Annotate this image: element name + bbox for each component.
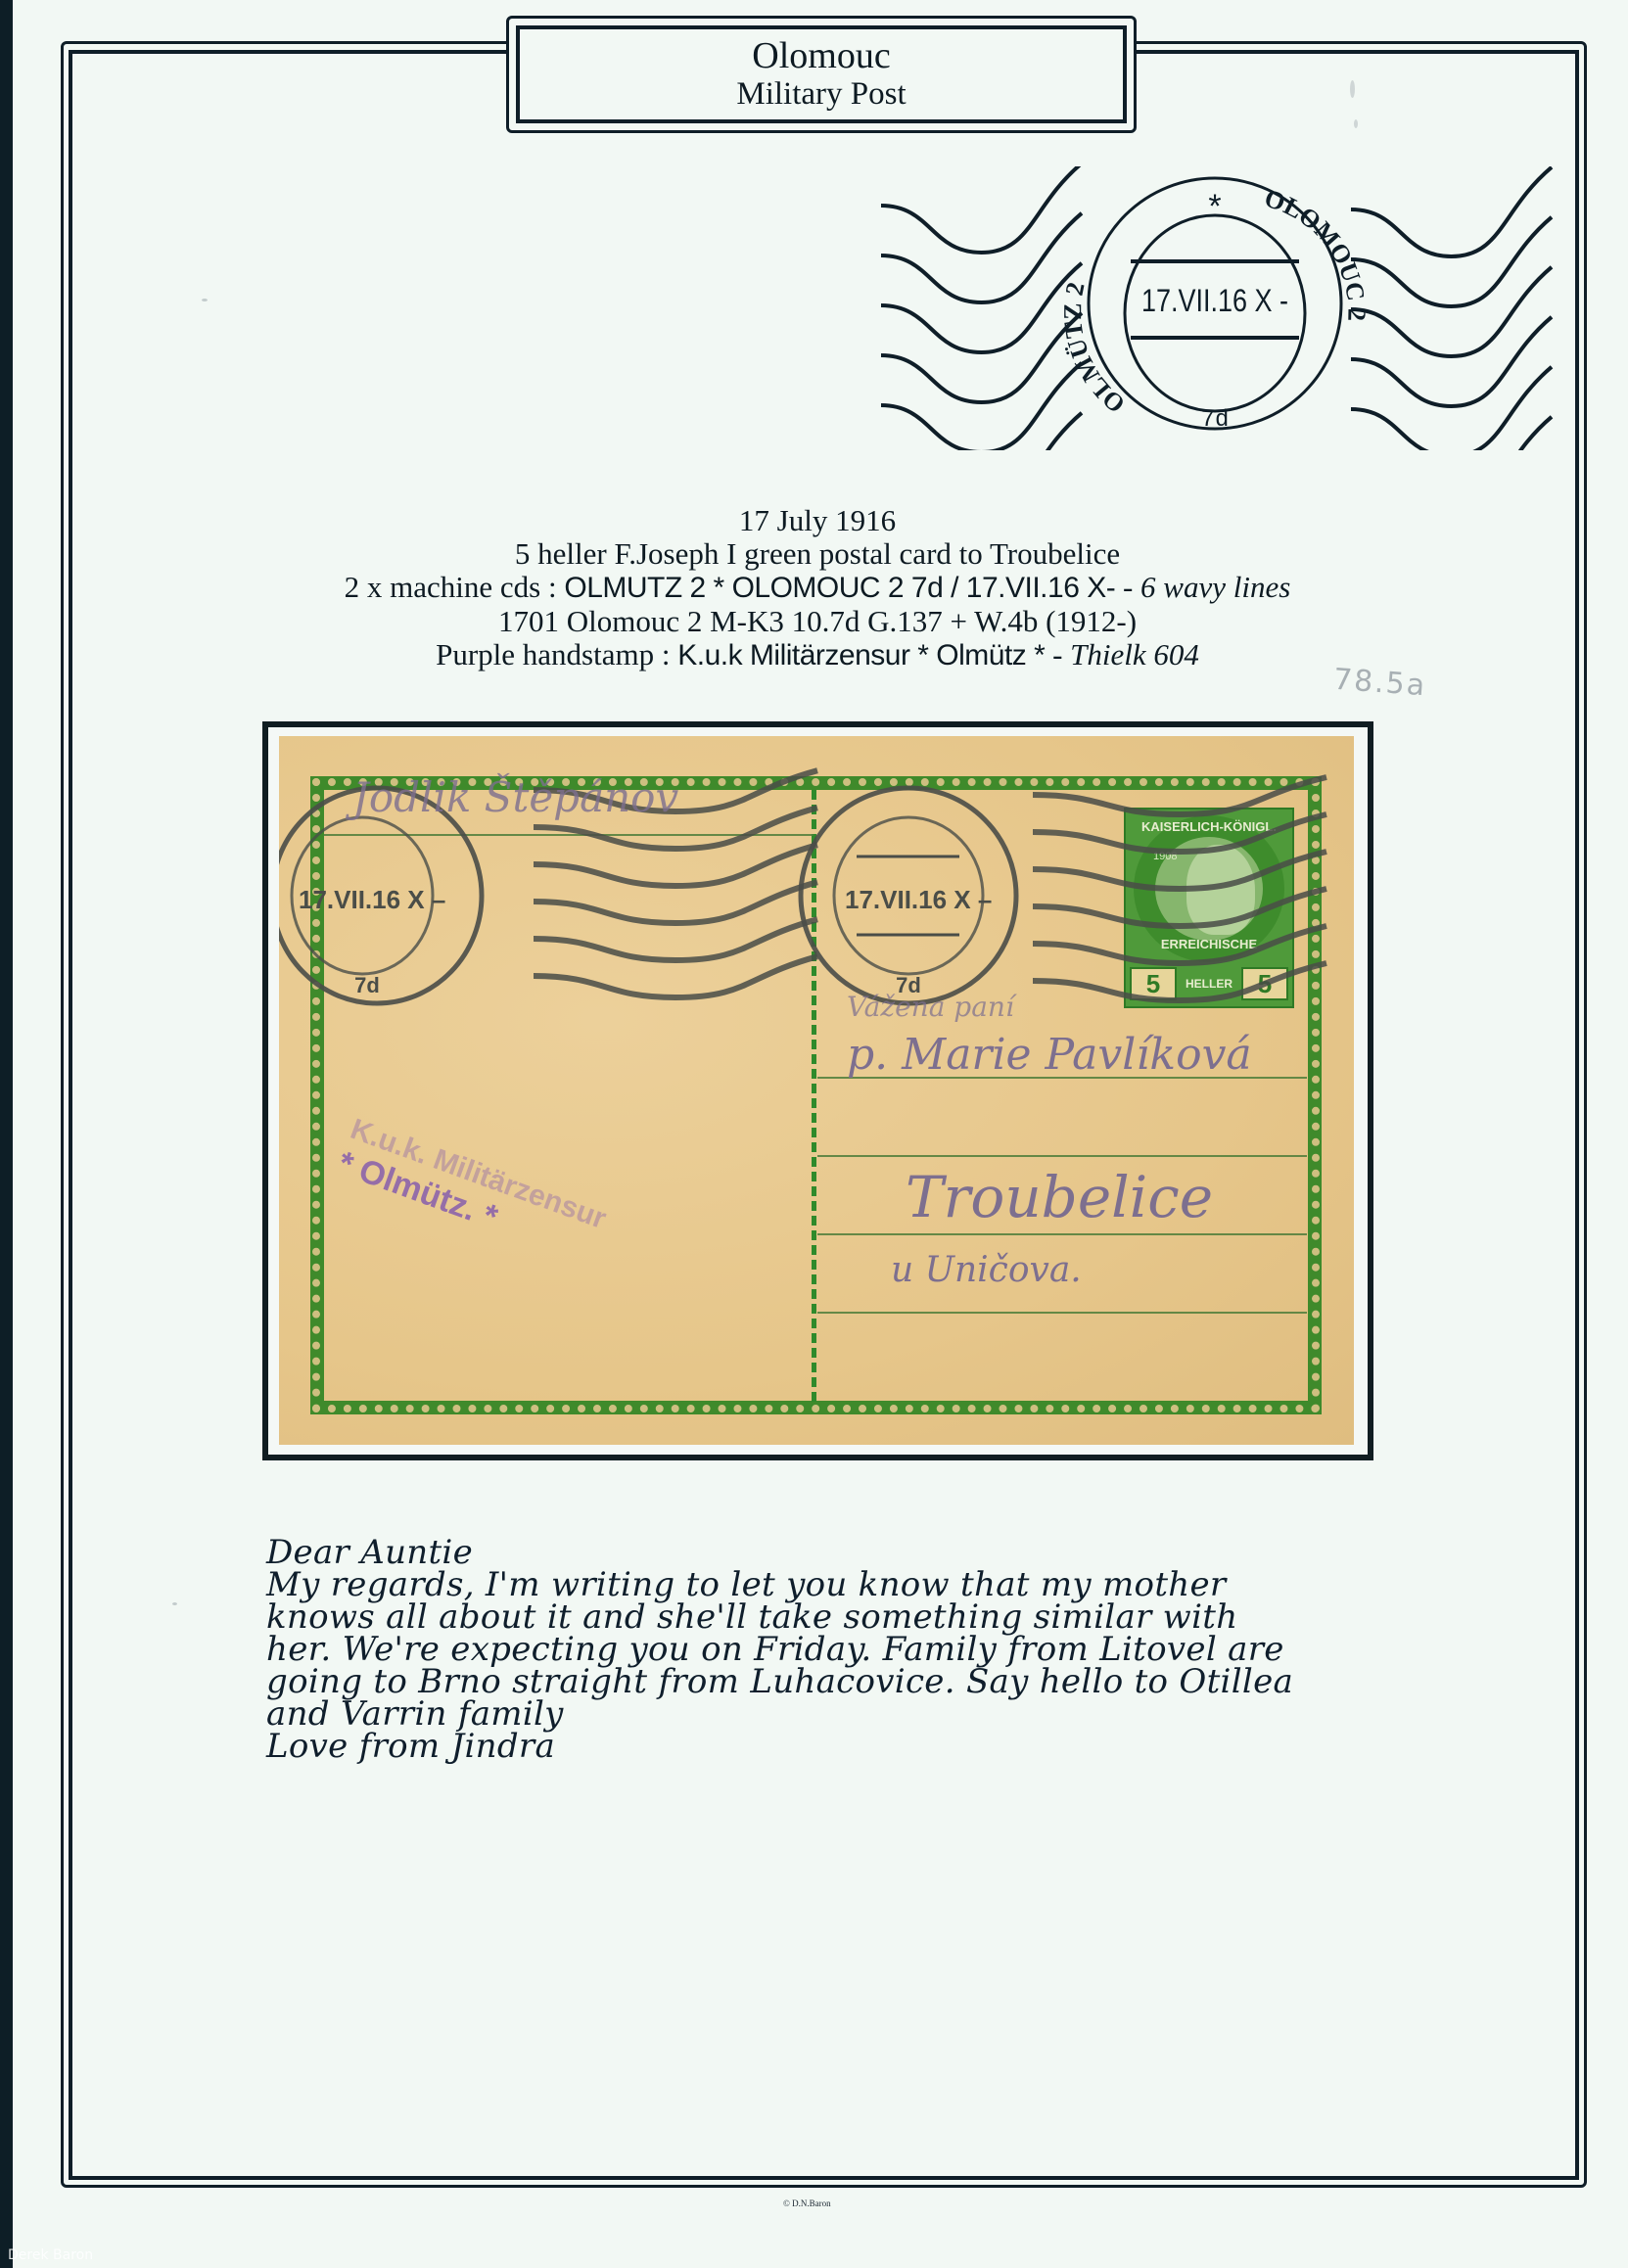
cancel-date-left: 17.VII.16 X – — [299, 885, 445, 914]
caption-cancel-line: 2 x machine cds : OLMUTZ 2 * OLOMOUC 2 7… — [147, 571, 1488, 605]
title-box: Olomouc Military Post — [506, 16, 1137, 133]
postmark-star: * — [1208, 188, 1221, 225]
address-salutation: Vážena paní — [847, 991, 1014, 1023]
cancel-code-left: 7d — [354, 973, 380, 997]
watermark: Derek Baron — [8, 2247, 93, 2263]
scan-speck — [1354, 119, 1358, 128]
sender-handwriting: Jodlik Štěpánov — [352, 773, 678, 821]
letter-translation: Dear Auntie My regards, I'm writing to l… — [266, 1537, 1441, 1763]
wavy-lines-left — [881, 166, 1082, 450]
description-caption: 17 July 1916 5 heller F.Joseph I green p… — [147, 504, 1488, 672]
postmark-office-code: 7d — [1201, 407, 1230, 434]
caption-catalog-ref: 1701 Olomouc 2 M-K3 10.7d G.137 + W.4b (… — [147, 605, 1488, 638]
address-recipient: p. Marie Pavlíková — [847, 1030, 1252, 1080]
postmark-ring-left: OLMÜTZ 2 — [1058, 280, 1131, 419]
scan-speck — [202, 299, 208, 301]
page-title: Olomouc — [752, 36, 890, 75]
postmark-illustration: 17.VII.16 X - * 7d OLMÜTZ 2 OLOMOUC 2 — [861, 166, 1566, 450]
wavy-lines-right — [1351, 167, 1552, 450]
scan-speck — [1350, 80, 1355, 98]
postal-card: KAISERLICH-KÖNIGL. 1908 ERREICHISCHE 5 H… — [279, 736, 1354, 1445]
letter-line: Love from Jindra — [266, 1731, 1441, 1763]
cancel-date-right: 17.VII.16 X – — [845, 885, 992, 914]
title-inner-frame: Olomouc Military Post — [516, 25, 1127, 123]
copyright-notice: © D.N.Baron — [783, 2199, 831, 2208]
caption-handstamp-line: Purple handstamp : K.u.k Militärzensur *… — [147, 638, 1488, 672]
caption-card-description: 5 heller F.Joseph I green postal card to… — [147, 537, 1488, 571]
address-district: u Uničova. — [891, 1250, 1082, 1290]
postmark-date: 17.VII.16 X - — [1141, 283, 1288, 318]
scan-speck — [172, 1602, 177, 1605]
caption-handstamp-text: K.u.k Militärzensur * Olmütz * — [677, 639, 1045, 671]
address-town: Troubelice — [906, 1164, 1213, 1230]
page-subtitle: Military Post — [736, 75, 906, 113]
caption-date: 17 July 1916 — [147, 504, 1488, 537]
machine-cancels: 17.VII.16 X – 17.VII.16 X – 7d 7d — [279, 736, 1354, 1445]
scan-edge-strip — [0, 0, 13, 2268]
pencil-note: 78.5a — [1332, 663, 1427, 704]
caption-cancel-text: OLMUTZ 2 * OLOMOUC 2 7d / 17.VII.16 X- — [564, 572, 1115, 604]
